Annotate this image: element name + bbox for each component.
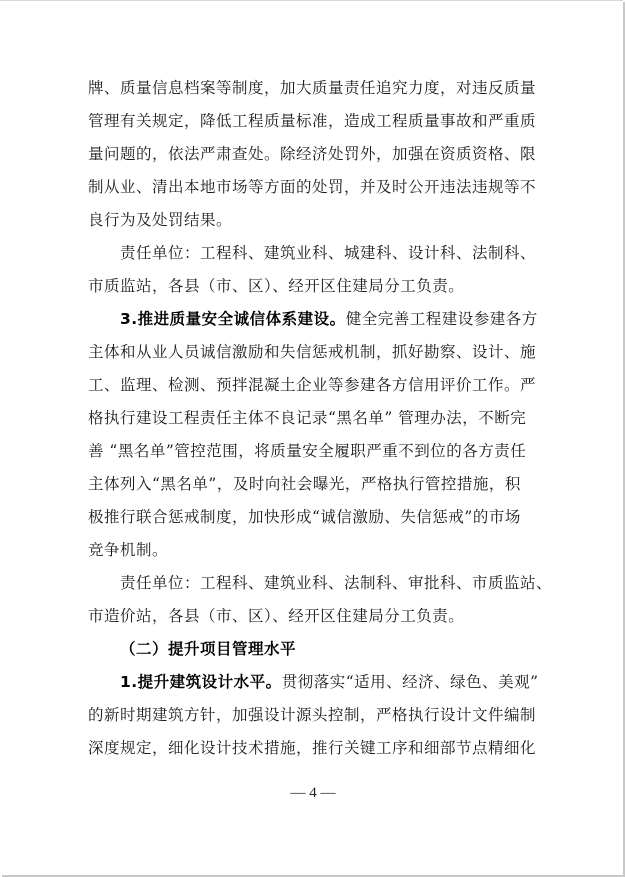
paragraph-line: 管理有关规定，降低工程质量标准，造成工程质量事故和严重质	[88, 105, 538, 138]
paragraph-line: 市造价站，各县（市、区）、经开区住建局分工负责。	[88, 600, 538, 633]
responsibility-line: 责任单位：工程科、建筑业科、法制科、审批科、市质监站、	[120, 567, 538, 600]
document-page: 牌、质量信息档案等制度，加大质量责任追究力度，对违反质量 管理有关规定，降低工程…	[0, 0, 623, 875]
subsection-line: 1.提升建筑设计水平。贯彻落实“适用、经济、绿色、美观”	[120, 666, 538, 699]
paragraph-line: 主体列入“黑名单”，及时向社会曝光，严格执行管控措施，积	[88, 468, 538, 501]
paragraph-line: 极推行联合惩戒制度，加快形成“诚信激励、失信惩戒”的市场	[88, 501, 538, 534]
responsibility-line: 责任单位：工程科、建筑业科、城建科、设计科、法制科、	[120, 237, 538, 270]
paragraph-line: 市质监站，各县（市、区）、经开区住建局分工负责。	[88, 270, 538, 303]
paragraph-line: 牌、质量信息档案等制度，加大质量责任追究力度，对违反质量	[88, 72, 538, 105]
paragraph-line: 格执行建设工程责任主体不良记录“黑名单” 管理办法，不断完	[88, 402, 538, 435]
subsection-line: 3.推进质量安全诚信体系建设。健全完善工程建设参建各方	[120, 303, 538, 336]
paragraph-line: 善 “黑名单”管控范围，将质量安全履职严重不到位的各方责任	[88, 435, 538, 468]
paragraph-line: 工、监理、检测、预拌混凝土企业等参建各方信用评价工作。严	[88, 369, 538, 402]
paragraph-line: 量问题的，依法严肃查处。除经济处罚外，加强在资质资格、限	[88, 138, 538, 171]
paragraph-line: 竞争机制。	[88, 534, 538, 567]
paragraph-line: 主体和从业人员诚信激励和失信惩戒机制，抓好勘察、设计、施	[88, 336, 538, 369]
page-number: — 4 —	[0, 785, 626, 802]
paragraph-line: 的新时期建筑方针，加强设计源头控制，严格执行设计文件编制	[88, 699, 538, 732]
section-heading: （二）提升项目管理水平	[120, 633, 538, 666]
paragraph-line: 深度规定，细化设计技术措施，推行关键工序和细部节点精细化	[88, 732, 538, 765]
paragraph-line: 良行为及处罚结果。	[88, 204, 538, 237]
subsection-title: 1.提升建筑设计水平。	[120, 673, 282, 691]
subsection-title: 3.推进质量安全诚信体系建设。	[120, 310, 346, 328]
paragraph-line: 制从业、清出本地市场等方面的处罚，并及时公开违法违规等不	[88, 171, 538, 204]
